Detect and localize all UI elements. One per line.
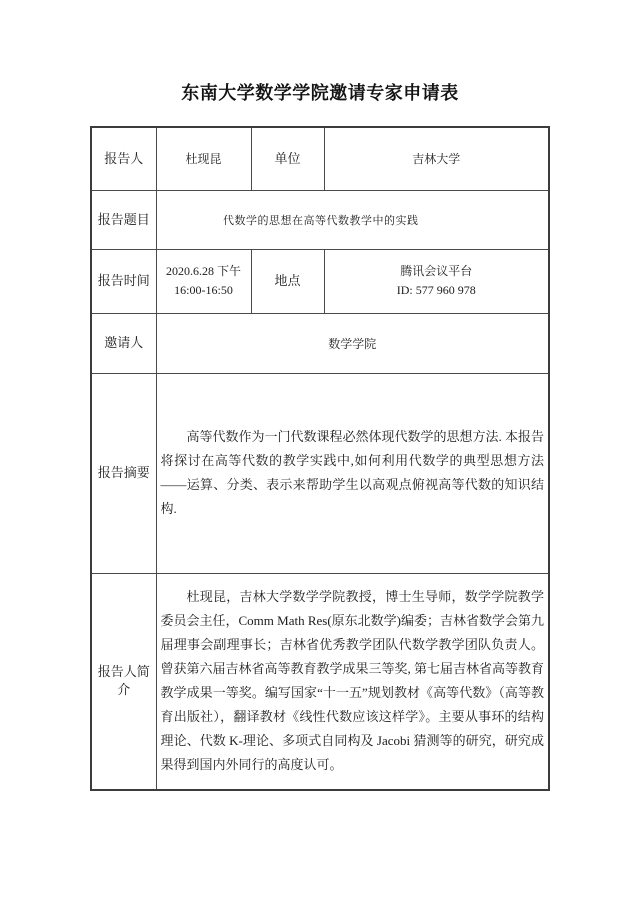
inviter-label: 邀请人 (91, 313, 156, 373)
bio-text-cell: 杜现昆，吉林大学数学学院教授，博士生导师，数学学院教学委员会主任，Comm Ma… (156, 573, 549, 790)
place-value: 腾讯会议平台 ID: 577 960 978 (324, 249, 549, 313)
row-topic: 报告题目 代数学的思想在高等代数教学中的实践 (91, 190, 549, 249)
place-value-line1: 腾讯会议平台 (327, 262, 547, 281)
abstract-text: 高等代数作为一门代数课程必然体现代数学的思想方法. 本报告将探讨在高等代数的教学… (161, 425, 545, 521)
speaker-name-value: 杜现昆 (156, 127, 251, 190)
row-inviter: 邀请人 数学学院 (91, 313, 549, 373)
row-abstract: 报告摘要 高等代数作为一门代数课程必然体现代数学的思想方法. 本报告将探讨在高等… (91, 373, 549, 573)
row-speaker: 报告人 杜现昆 单位 吉林大学 (91, 127, 549, 190)
speaker-label: 报告人 (91, 127, 156, 190)
topic-label: 报告题目 (91, 190, 156, 249)
abstract-text-cell: 高等代数作为一门代数课程必然体现代数学的思想方法. 本报告将探讨在高等代数的教学… (156, 373, 549, 573)
time-value-line1: 2020.6.28 下午 (159, 262, 249, 281)
row-time: 报告时间 2020.6.28 下午 16:00-16:50 地点 腾讯会议平台 … (91, 249, 549, 313)
inviter-value: 数学学院 (156, 313, 549, 373)
unit-label: 单位 (251, 127, 324, 190)
place-label: 地点 (251, 249, 324, 313)
topic-value: 代数学的思想在高等代数教学中的实践 (156, 190, 549, 249)
time-label: 报告时间 (91, 249, 156, 313)
abstract-label: 报告摘要 (91, 373, 156, 573)
bio-label: 报告人简介 (91, 573, 156, 790)
row-bio: 报告人简介 杜现昆，吉林大学数学学院教授，博士生导师，数学学院教学委员会主任，C… (91, 573, 549, 790)
bio-text: 杜现昆，吉林大学数学学院教授，博士生导师，数学学院教学委员会主任，Comm Ma… (161, 585, 545, 777)
time-value: 2020.6.28 下午 16:00-16:50 (156, 249, 251, 313)
unit-value: 吉林大学 (324, 127, 549, 190)
place-value-line2: ID: 577 960 978 (327, 281, 547, 300)
page-title: 东南大学数学学院邀请专家申请表 (0, 0, 640, 103)
time-value-line2: 16:00-16:50 (159, 281, 249, 300)
application-form-table: 报告人 杜现昆 单位 吉林大学 报告题目 代数学的思想在高等代数教学中的实践 报… (90, 126, 550, 791)
